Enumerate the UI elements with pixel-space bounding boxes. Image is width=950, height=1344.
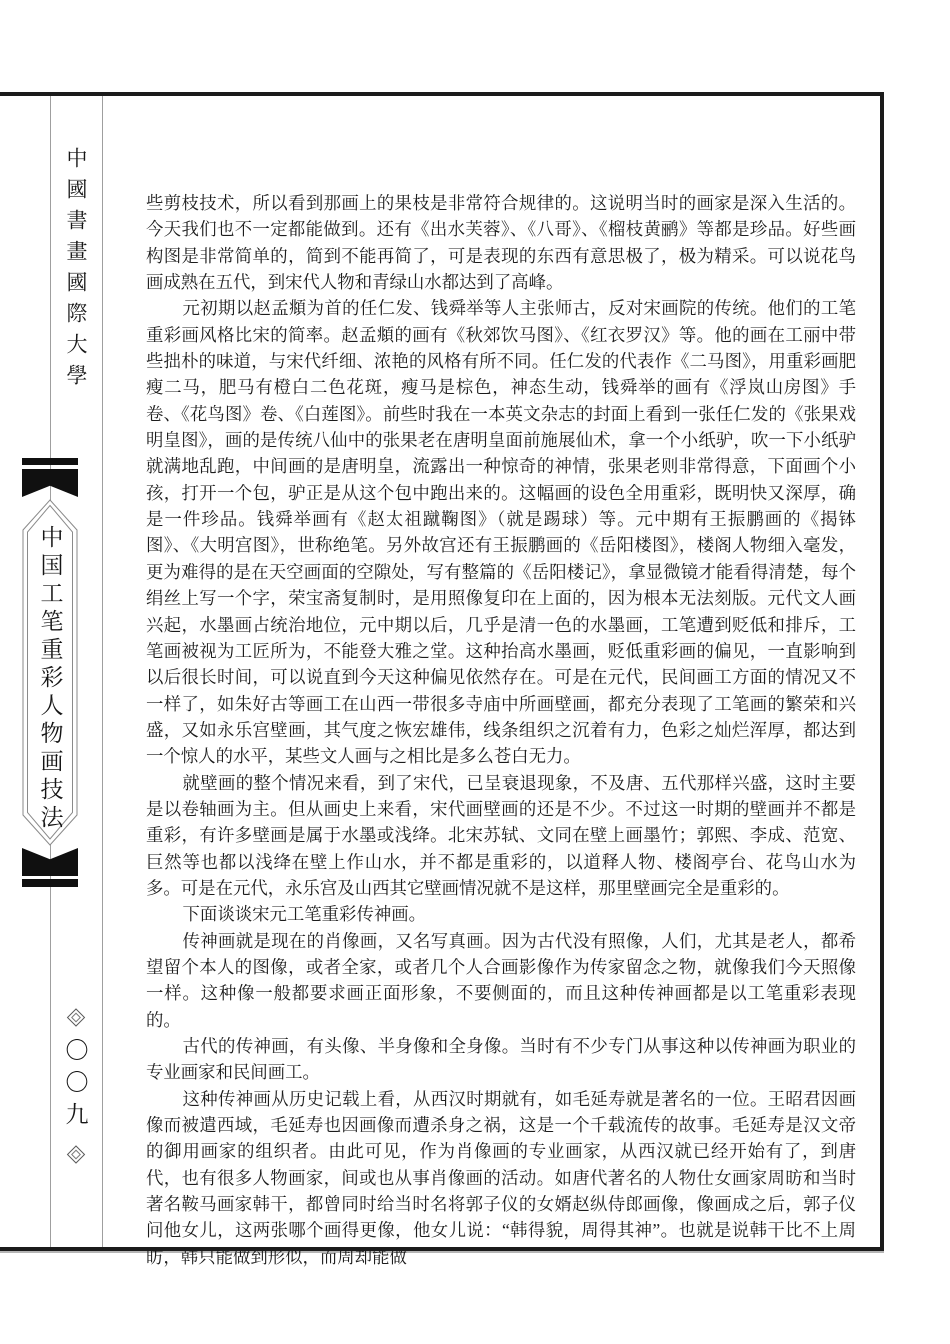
cartouche-banner-top: [22, 469, 78, 497]
body-text: 些剪枝技术，所以看到那画上的果枝是非常符合规律的。这说明当时的画家是深入生活的。…: [146, 190, 856, 1270]
diamond-ornament-icon: [67, 1008, 85, 1026]
paragraph: 元初期以赵孟頫为首的任仁发、钱舜举等人主张师古，反对宋画院的传统。他们的工笔重彩…: [146, 295, 856, 769]
cartouche-top-bar: [22, 458, 78, 465]
cartouche-bottom-bar: [22, 879, 78, 887]
paragraph: 传神画就是现在的肖像画，又名写真画。因为古代没有照像，人们，尤其是老人，都希望留…: [146, 928, 856, 1033]
book-page: 中國書畫國際大學 中国工笔重彩人物画技法 〇〇九 些剪枝技术，所以看到那画上的果…: [0, 0, 950, 1344]
diamond-ornament-icon: [67, 1145, 85, 1163]
page-number: 〇〇九: [60, 1038, 93, 1134]
paragraph: 下面谈谈宋元工笔重彩传神画。: [146, 901, 856, 927]
book-title-vertical: 中国工笔重彩人物画技法: [34, 525, 67, 833]
folio-block: 〇〇九: [60, 1006, 93, 1166]
paragraph: 些剪枝技术，所以看到那画上的果枝是非常符合规律的。这说明当时的画家是深入生活的。…: [146, 190, 856, 295]
cartouche-hexagon: 中国工笔重彩人物画技法: [22, 499, 78, 846]
paragraph: 古代的传神画，有头像、半身像和全身像。当时有不少专门从事这种以传神画为职业的专业…: [146, 1033, 856, 1086]
cartouche-banner-bottom: [22, 848, 78, 876]
book-title-cartouche: 中国工笔重彩人物画技法: [22, 458, 78, 887]
paragraph: 就壁画的整个情况来看，到了宋代，已呈衰退现象，不及唐、五代那样兴盛，这时主要是以…: [146, 770, 856, 902]
spine-institution-title: 中國書畫國際大學: [61, 147, 91, 395]
paragraph: 这种传神画从历史记载上看，从西汉时期就有，如毛延寿就是著名的一位。王昭君因画像而…: [146, 1086, 856, 1270]
spine-rule-right: [102, 96, 103, 1247]
